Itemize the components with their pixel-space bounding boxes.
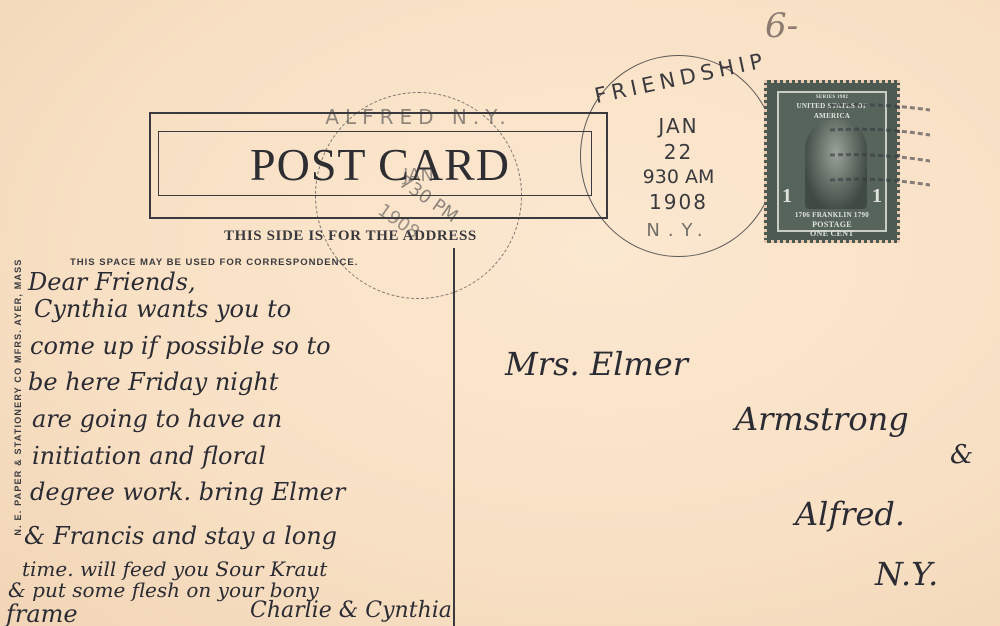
friendship-postmark-month: JAN [581, 114, 776, 138]
friendship-postmark-town: FRIENDSHIP [590, 48, 771, 109]
friendship-postmark: FRIENDSHIP JAN 22 930 AM 1908 N.Y. [580, 55, 777, 257]
stamp-denomination: ONE CENT [779, 229, 885, 238]
alfred-postmark: ALFRED N.Y. JAN 730 PM 1908 [315, 92, 522, 299]
postcard: 6- POST CARD THIS SIDE IS FOR THE ADDRES… [0, 0, 1000, 626]
address-line-state: N.Y. [875, 555, 938, 593]
manufacturer-imprint: N. E. PAPER & STATIONERY CO MFRS. AYER, … [13, 197, 23, 597]
friendship-postmark-state: N.Y. [581, 220, 776, 241]
message-line: frame [6, 600, 78, 626]
message-line: come up if possible so to [30, 332, 331, 360]
correspondence-label: THIS SPACE MAY BE USED FOR CORRESPONDENC… [70, 257, 358, 268]
message-signature: Charlie & Cynthia [250, 598, 452, 623]
message-line: degree work. bring Elmer [30, 478, 345, 506]
center-divider [453, 248, 455, 626]
address-line-connector: & [950, 440, 973, 470]
message-line: Cynthia wants you to [34, 295, 291, 323]
message-line: be here Friday night [28, 368, 278, 396]
friendship-postmark-time: 930 AM [581, 166, 776, 188]
corner-pencil-note: 6- [765, 6, 798, 46]
message-line: are going to have an [32, 405, 282, 433]
alfred-postmark-town: ALFRED N.Y. [316, 105, 521, 129]
friendship-postmark-day: 22 [581, 140, 776, 164]
stamp-cancellation-lines [830, 85, 930, 225]
message-line: Dear Friends, [28, 268, 196, 296]
message-line: initiation and floral [32, 442, 266, 470]
address-line-town: Alfred. [795, 495, 905, 533]
message-line: & Francis and stay a long [24, 522, 337, 550]
address-line-surname: Armstrong [735, 400, 909, 438]
friendship-postmark-year: 1908 [581, 190, 776, 214]
address-line-name: Mrs. Elmer [505, 345, 688, 383]
stamp-value-left: 1 [782, 185, 792, 208]
